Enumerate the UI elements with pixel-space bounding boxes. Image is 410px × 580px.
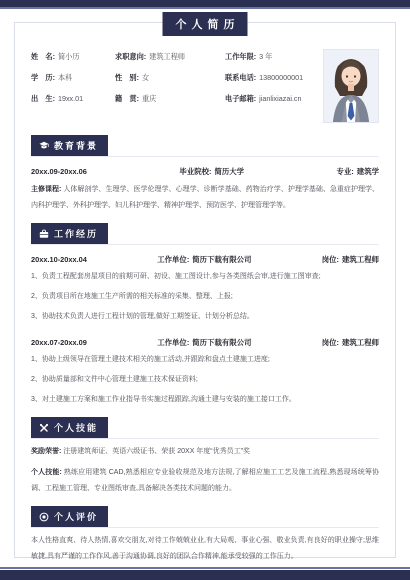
bottom-accent-bar [0,570,410,580]
resume-page: { "colors": { "accent": "#2b2f52", "rule… [0,0,410,580]
work-title: 工作经历 [54,227,98,240]
briefcase-icon [39,229,49,239]
evaluation-section-header: 个人评价 [31,506,379,528]
skills-title: 个人技能 [54,421,98,434]
avatar-illustration [324,50,378,122]
field-experience-years: 工作年限:3 年 [225,52,317,62]
skills-text: 个人技能: 熟练应用建筑 CAD,熟悉相应专业验收规范及地方法规,了解相应施工工… [31,465,379,497]
avatar [323,49,379,123]
job-1-duty-2: 2、负责项目所在地施工生产所需的相关标准的采集、整理、上报; [31,289,379,305]
field-email: 电子邮箱:jianlixiazai.cn [225,94,317,104]
field-gender: 性 别:女 [115,73,225,83]
education-period: 20xx.09-20xx.06 [31,167,87,176]
top-accent-line [0,7,410,9]
education-courses: 主修课程: 人体解剖学、生理学、医学伦理学、心理学、诊断学基础、药物治疗学、护理… [31,182,379,214]
skills-section-header: 个人技能 [31,417,379,439]
graduation-cap-icon [39,141,49,151]
education-section-header: 教育背景 [31,135,379,157]
job-2-duty-3: 3、对土建施工方案和施工作业指导书实施过程跟踪,沟通土建与安装的施工接口工作。 [31,392,379,408]
job-2: 20xx.07-20xx.09 工作单位:简历下载有限公司 岗位:建筑工程师 1… [31,337,379,408]
job-2-duty-2: 2、协助质量部和文件中心管理土建施工技术保证资料; [31,372,379,388]
page-title: 个人简历 [163,12,248,36]
job-2-company: 工作单位:简历下载有限公司 [157,337,251,348]
job-2-position: 岗位:建筑工程师 [322,337,379,348]
education-badge: 教育背景 [31,135,108,156]
field-birth: 出 生:19xx.01 [31,94,115,104]
job-1-duty-1: 1、负责工程配套房屋项目的前期可研、初设、施工图设计,参与各类图纸会审,进行施工… [31,269,379,285]
bottom-accent [0,567,410,580]
personal-info-section: 姓 名:简小历 求职意向:建筑工程师 工作年限:3 年 学 历:本科 性 别:女… [31,49,379,123]
job-1-row: 20xx.10-20xx.04 工作单位:简历下载有限公司 岗位:建筑工程师 [31,254,379,265]
education-title: 教育背景 [54,139,98,152]
skills-awards: 奖励荣誉: 注册建筑师证、英语六级证书、荣获 20XX 年度“优秀员工”奖 [31,444,379,460]
tools-icon [39,423,49,433]
evaluation-text: 本人性格直爽、待人热情,喜欢交朋友,对待工作兢兢业业,有大局观、事业心强、敬业负… [31,533,379,565]
evaluation-title: 个人评价 [54,510,98,523]
field-hometown: 籍 贯:重庆 [115,94,225,104]
job-1-position: 岗位:建筑工程师 [322,254,379,265]
work-section-header: 工作经历 [31,223,379,245]
job-1-duty-3: 3、协助技术负责人进行工程计划的管理,做好工期签证、计划分析总结。 [31,309,379,325]
field-phone: 联系电话:13800000001 [225,73,317,83]
education-school: 毕业院校:简历大学 [179,166,244,177]
field-name: 姓 名:简小历 [31,52,115,62]
personal-info-grid: 姓 名:简小历 求职意向:建筑工程师 工作年限:3 年 学 历:本科 性 别:女… [31,52,317,104]
education-major: 专业:建筑学 [337,166,379,177]
top-accent-bar [0,0,410,7]
resume-sheet: 姓 名:简小历 求职意向:建筑工程师 工作年限:3 年 学 历:本科 性 别:女… [14,22,396,558]
target-circle-icon [39,512,49,522]
job-2-row: 20xx.07-20xx.09 工作单位:简历下载有限公司 岗位:建筑工程师 [31,337,379,348]
job-2-period: 20xx.07-20xx.09 [31,338,87,347]
job-1: 20xx.10-20xx.04 工作单位:简历下载有限公司 岗位:建筑工程师 1… [31,254,379,325]
skills-badge: 个人技能 [31,417,108,438]
job-1-period: 20xx.10-20xx.04 [31,255,87,264]
education-row: 20xx.09-20xx.06 毕业院校:简历大学 专业:建筑学 [31,166,379,177]
work-badge: 工作经历 [31,223,108,244]
job-1-company: 工作单位:简历下载有限公司 [157,254,251,265]
field-objective: 求职意向:建筑工程师 [115,52,225,62]
evaluation-badge: 个人评价 [31,506,108,527]
field-education: 学 历:本科 [31,73,115,83]
bottom-accent-line [0,567,410,569]
job-2-duty-1: 1、协助上级领导在管理土建技术相关的施工活动,并跟踪和盘点土建施工进度; [31,352,379,368]
